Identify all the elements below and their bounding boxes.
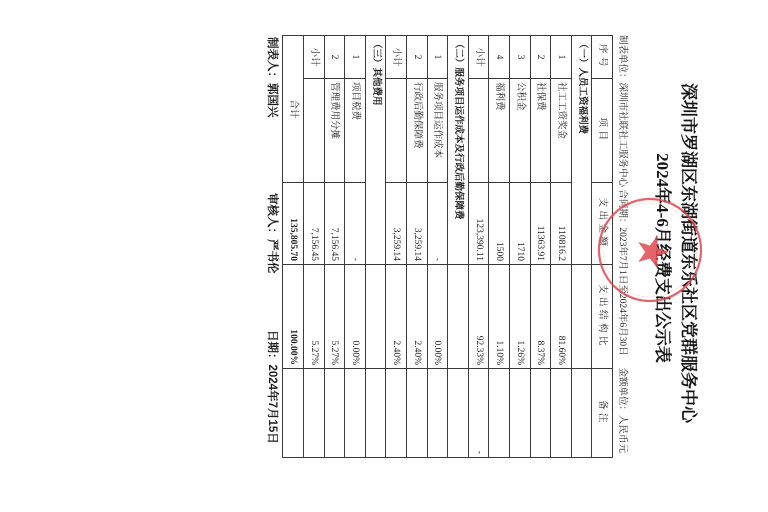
row-ratio: 0.00% [427,265,448,369]
row-ratio: 1.10% [489,265,510,369]
row-item: 管理费用分摊 [324,79,345,183]
row-amount: 1710 [510,183,531,265]
row-no: 3 [510,36,531,79]
row-amount: 7,156.45 [324,183,345,265]
row-ratio: 81.60% [551,265,572,369]
subtotal-label: 小计 [304,36,325,79]
section-title: （一）人员工资福利费 [571,36,592,265]
row-note [530,369,551,458]
column-header-no: 序号 [592,36,613,79]
row-no: 2 [530,36,551,79]
table-header-row: 序号 项目 支出金额 支出结构比 备注 [592,36,613,458]
row-item: 行政后勤保障费 [407,79,428,183]
row-no: 1 [427,36,448,79]
section-header-row: （一）人员工资福利费 [571,36,592,458]
empty-cell [448,369,469,458]
row-no: 2 [324,36,345,79]
table-row: 1 项目税费 - 0.00% [345,36,366,458]
row-note [489,369,510,458]
table-row: 4 福利费 1500 1.10% [489,36,510,458]
empty-cell [448,265,469,369]
preparer: 制表人：郭国兴 [265,37,279,118]
empty-cell [386,79,407,183]
document-meta: 制表单位：深圳市社联社工服务中心 合同期：2023年7月1日至2024年6月30… [616,35,628,457]
section-header-row: （二）服务项目运作成本及行政后勤保障费 [448,36,469,458]
column-header-note: 备注 [592,369,613,458]
row-note [427,369,448,458]
subtotal-amount: 3,259.14 [386,183,407,265]
subtotal-row: 小计 123,390.11 92.33% - [468,36,489,458]
subtotal-label: 小计 [386,36,407,79]
column-header-item: 项目 [592,79,613,183]
section-header-row: （三）其他费用 [365,36,386,458]
table-row: 2 社保费 11363.91 8.37% [530,36,551,458]
section-title: （三）其他费用 [365,36,386,265]
subtotal-ratio: 2.40% [386,265,407,369]
empty-cell [365,369,386,458]
prepared-by-unit: 制表单位：深圳市社联社工服务中心 合同期：2023年7月1日至2024年6月30… [617,35,627,356]
document-subtitle: 2024年4-6月经费支出公示表 [653,25,671,491]
row-no: 1 [345,36,366,79]
empty-cell [468,79,489,183]
subtotal-amount: 123,390.11 [468,183,489,265]
total-row: 合计 135,805.70 100.00% [283,36,304,458]
row-no: 4 [489,36,510,79]
row-note [407,369,428,458]
row-note [551,369,572,458]
row-note [510,369,531,458]
total-note [283,369,304,458]
row-item: 项目税费 [345,79,366,183]
row-item: 社工工资奖金 [551,79,572,183]
row-no: 1 [551,36,572,79]
table-row: 2 行政后勤保障费 3,259.14 2.40% [407,36,428,458]
table-row: 1 服务项目运作成本 - 0.00% [427,36,448,458]
expense-table: 序号 项目 支出金额 支出结构比 备注 （一）人员工资福利费 1 社工工资奖金 … [283,35,614,458]
empty-cell [365,265,386,369]
subtotal-ratio: 5.27% [304,265,325,369]
report-date: 日期：2024年7月15日 [265,330,279,444]
row-no: 2 [407,36,428,79]
row-amount: 1500 [489,183,510,265]
empty-cell [571,369,592,458]
signature-footer: 制表人：郭国兴 审核人：严书伦 日期：2024年7月15日 [265,25,279,465]
section-title: （二）服务项目运作成本及行政后勤保障费 [448,36,469,265]
empty-cell [304,79,325,183]
row-amount: 110816.2 [551,183,572,265]
subtotal-row: 小计 7,156.45 5.27% [304,36,325,458]
total-label: 合计 [283,36,304,183]
row-amount: - [427,183,448,265]
table-row: 1 社工工资奖金 110816.2 81.60% [551,36,572,458]
currency-unit: 金额单位：人民币元 [616,367,628,453]
total-amount: 135,805.70 [283,183,304,265]
expense-disclosure-document: 深圳市罗湖区东湖街道东乐社区党群服务中心 2024年4-6月经费支出公示表 制表… [255,25,735,465]
reviewer: 审核人：严书伦 [265,193,279,274]
column-header-amount: 支出金额 [592,183,613,265]
subtotal-ratio: 92.33% [468,265,489,369]
empty-cell [571,265,592,369]
table-row: 2 管理费用分摊 7,156.45 5.27% [324,36,345,458]
subtotal-label: 小计 [468,36,489,79]
row-item: 服务项目运作成本 [427,79,448,183]
total-ratio: 100.00% [283,265,304,369]
row-ratio: 8.37% [530,265,551,369]
row-ratio: 2.40% [407,265,428,369]
subtotal-note [304,369,325,458]
row-note [324,369,345,458]
column-header-ratio: 支出结构比 [592,265,613,369]
subtotal-note [386,369,407,458]
subtotal-note: - [468,369,489,458]
row-item: 社保费 [530,79,551,183]
row-ratio: 5.27% [324,265,345,369]
row-note [345,369,366,458]
subtotal-row: 小计 3,259.14 2.40% [386,36,407,458]
row-amount: 11363.91 [530,183,551,265]
document-title: 深圳市罗湖区东湖街道东乐社区党群服务中心 [679,25,697,481]
subtotal-amount: 7,156.45 [304,183,325,265]
row-item: 福利费 [489,79,510,183]
row-item: 公积金 [510,79,531,183]
row-ratio: 1.26% [510,265,531,369]
table-row: 3 公积金 1710 1.26% [510,36,531,458]
row-amount: 3,259.14 [407,183,428,265]
row-ratio: 0.00% [345,265,366,369]
row-amount: - [345,183,366,265]
